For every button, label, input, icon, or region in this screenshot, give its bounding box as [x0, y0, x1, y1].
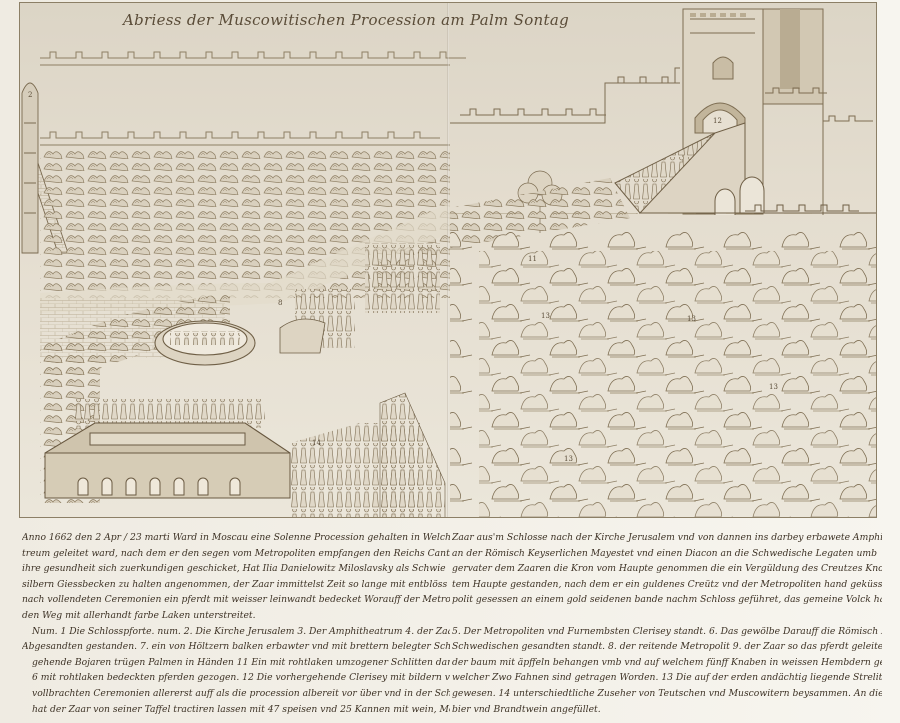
artwork-title: Abriess der Muscowitischen Procession am…: [123, 11, 543, 37]
kremlin-wall-lower: [40, 132, 450, 145]
plate-number: 13: [769, 383, 778, 391]
key-line: bier vnd Brandtwein angefüllet.: [452, 702, 882, 718]
key-line: Abgesandten gestanden. 7. ein von Höltze…: [22, 639, 450, 655]
caption-left-column: Anno 1662 den 2 Apr / 23 marti Ward in M…: [22, 530, 450, 720]
plate-number: 8: [278, 299, 282, 307]
key-line: hat der Zaar von seiner Taffel tractiren…: [22, 702, 450, 718]
key-line: welcher Zwo Fahnen sind getragen Worden.…: [452, 670, 882, 686]
caption-line: silbern Giessbecken zu halten angenommen…: [22, 577, 450, 593]
caption-line: treum geleitet ward, nach dem er den seg…: [22, 546, 450, 562]
key-line: gehende Bojaren trügen Palmen in Händen …: [22, 655, 450, 671]
key-line: Num. 1 Die Schlosspforte. num. 2. Die Ki…: [22, 624, 450, 640]
key-line: der baum mit äpffeln behangen vmb vnd au…: [452, 655, 882, 671]
caption-line: polit gesessen an einem gold seidenen ba…: [452, 592, 882, 608]
caption-line: gervater dem Zaaren die Kron vom Haupte …: [452, 561, 882, 577]
plate-number: 2: [28, 91, 32, 99]
plate-number: 13: [541, 312, 550, 320]
kremlin-wall-upper: [40, 52, 466, 65]
plate-number: 11: [528, 255, 537, 263]
caption-line: Anno 1662 den 2 Apr / 23 marti Ward in M…: [22, 530, 450, 546]
plate-number: 14: [312, 439, 321, 447]
caption-line: an der Römisch Keyserlichen Mayestet vnd…: [452, 546, 882, 562]
paper-fold: [447, 3, 449, 518]
key-line: 6 mit rohtlaken bedeckten pferden gezoge…: [22, 670, 450, 686]
caption-line: tem Haupte gestanden, nach dem er ein gu…: [452, 577, 882, 593]
caption-right-column: Zaar aus'm Schlosse nach der Kirche Jeru…: [452, 530, 882, 720]
caption-line: Zaar aus'm Schlosse nach der Kirche Jeru…: [452, 530, 882, 546]
key-line: vollbrachten Ceremonien allererst auff a…: [22, 686, 450, 702]
key-line: 5. Der Metropoliten vnd Furnembsten Cler…: [452, 624, 882, 640]
caption-spacer: [452, 608, 882, 624]
palace-building: [45, 398, 290, 498]
key-line: Schwedischen gesandten standt. 8. der re…: [452, 639, 882, 655]
engraving-plate: Abriess der Muscowitischen Procession am…: [19, 2, 877, 518]
amphitheatre: [155, 321, 255, 365]
plate-number: 12: [713, 117, 722, 125]
key-line: gewesen. 14 unterschiedtliche Zuseher vo…: [452, 686, 882, 702]
paper-sheet: Abriess der Muscowitischen Procession am…: [0, 0, 900, 723]
caption-line: nach vollendeten Ceremonien ein pferdt m…: [22, 592, 450, 608]
caption-line: den Weg mit allerhandt farbe Laken unter…: [22, 608, 450, 624]
caption-line: ihre gesundheit sich zuerkundigen geschi…: [22, 561, 450, 577]
plate-number: 13: [564, 455, 573, 463]
plate-number: 13: [687, 315, 696, 323]
